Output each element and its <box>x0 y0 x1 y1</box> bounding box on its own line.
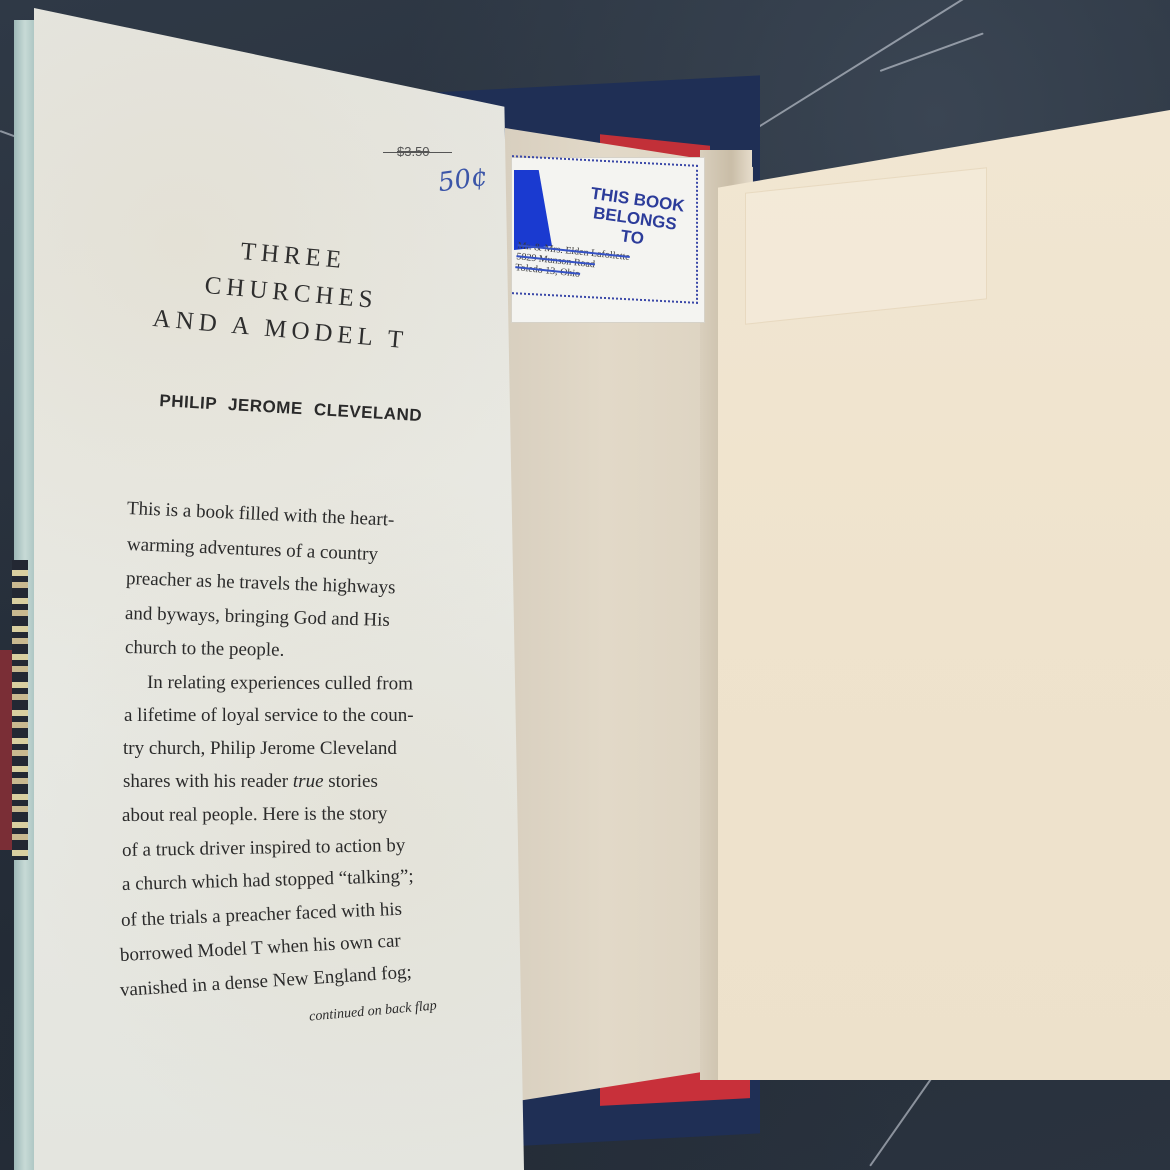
blurb-line: church to the people. <box>125 637 285 662</box>
blurb-line: try church, Philip Jerome Cleveland <box>123 738 397 760</box>
removed-label-shadow <box>745 167 987 324</box>
blurb-line: a lifetime of loyal service to the coun- <box>124 705 414 727</box>
original-price: $3.50 <box>397 144 430 159</box>
blurb-line: about real people. Here is the story <box>122 803 388 827</box>
blurb-line: shares with his reader true stories <box>123 771 378 793</box>
spine-lettering <box>12 560 28 860</box>
blurb-line: In relating experiences culled from <box>147 672 413 695</box>
spine-red-strip <box>0 650 12 850</box>
